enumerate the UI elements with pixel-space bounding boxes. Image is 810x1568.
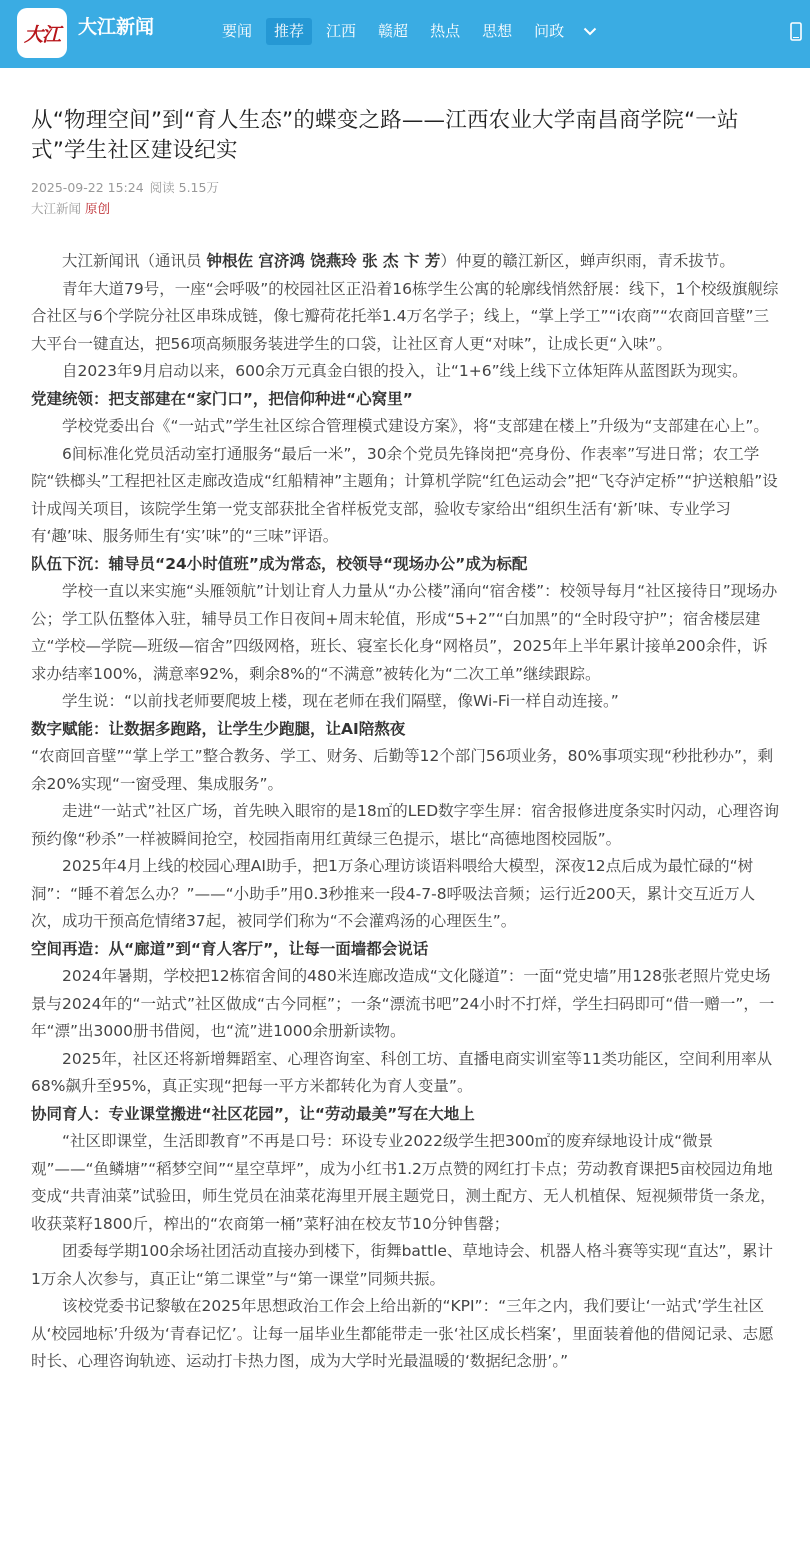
nav-tab-yaowen[interactable]: 要闻 [214,18,260,45]
paragraph: “农商回音壁”“掌上学工”整合教务、学工、财务、后勤等12个部门56项业务，80… [31,743,782,798]
nav-tab-wenzheng[interactable]: 问政 [526,18,572,45]
paragraph: 学校一直以来实施“头雁领航”计划让育人力量从“办公楼”涌向“宿舍楼”：校领导每月… [31,578,782,688]
article-title: 从“物理空间”到“育人生态”的蝶变之路——江西农业大学南昌商学院“一站式”学生社… [31,106,782,166]
publish-datetime: 2025-09-22 15:24 [31,180,144,195]
lead-paragraph: 大江新闻讯（通讯员 钟根佐 宫济鸿 饶燕玲 张 杰 卞 芳）仲夏的赣江新区，蝉声… [31,248,782,276]
logo-text: 大江 [24,20,60,47]
article: 从“物理空间”到“育人生态”的蝶变之路——江西农业大学南昌商学院“一站式”学生社… [0,106,810,1376]
nav-tab-ganchao[interactable]: 赣超 [370,18,416,45]
nav-tab-tuijian[interactable]: 推荐 [266,18,312,45]
paragraph: 团委每学期100余场社团活动直接办到楼下，街舞battle、草地诗会、机器人格斗… [31,1238,782,1293]
lead-authors: 钟根佐 宫济鸿 饶燕玲 张 杰 卞 芳 [206,252,440,270]
lead-prefix: 大江新闻讯（通讯员 [62,252,206,270]
nav-tab-jiangxi[interactable]: 江西 [318,18,364,45]
original-badge: 原创 [85,201,110,216]
paragraph: 走进“一站式”社区广场，首先映入眼帘的是18㎡的LED数字孪生屏：宿舍报修进度条… [31,798,782,853]
channel-nav: 要闻 推荐 江西 赣超 热点 思想 问政 [214,18,598,45]
source-name: 大江新闻 [31,201,81,216]
paragraph: 6间标准化党员活动室打通服务“最后一米”，30余个党员先锋岗把“亮身份、作表率”… [31,441,782,551]
article-body: 大江新闻讯（通讯员 钟根佐 宫济鸿 饶燕玲 张 杰 卞 芳）仲夏的赣江新区，蝉声… [31,248,782,1376]
chevron-down-icon[interactable] [582,18,598,45]
paragraph: 2025年，社区还将新增舞蹈室、心理咨询室、科创工坊、直播电商实训室等11类功能… [31,1046,782,1101]
paragraph: 2024年暑期，学校把12栋宿舍间的480米连廊改造成“文化隧道”：一面“党史墙… [31,963,782,1046]
views-label: 阅读 [150,180,175,195]
paragraph: 学校党委出台《“一站式”学生社区综合管理模式建设方案》，将“支部建在楼上”升级为… [31,413,782,441]
brand-name[interactable]: 大江新闻 [78,12,154,39]
paragraph: 自2023年9月启动以来，600余万元真金白银的投入，让“1+6”线上线下立体矩… [31,358,782,386]
phone-icon[interactable] [790,22,802,41]
article-meta: 2025-09-22 15:24 阅读 5.15万 [31,179,782,196]
paragraph: 青年大道79号，一座“会呼吸”的校园社区正沿着16栋学生公寓的轮廓线悄然舒展：线… [31,276,782,359]
nav-tab-sixiang[interactable]: 思想 [474,18,520,45]
section-heading: 协同育人：专业课堂搬进“社区花园”，让“劳动最美”写在大地上 [31,1101,782,1129]
article-source: 大江新闻 原创 [31,199,782,219]
paragraph: 2025年4月上线的校园心理AI助手，把1万条心理访谈语料喂给大模型，深夜12点… [31,853,782,936]
section-heading: 队伍下沉：辅导员“24小时值班”成为常态，校领导“现场办公”成为标配 [31,551,782,579]
lead-suffix: ）仲夏的赣江新区，蝉声织雨，青禾拔节。 [440,252,735,270]
paragraph: 学生说：“以前找老师要爬坡上楼，现在老师在我们隔壁，像Wi-Fi一样自动连接。” [31,688,782,716]
top-nav-bar: 大江 大江新闻 要闻 推荐 江西 赣超 热点 思想 问政 [0,0,810,68]
section-heading: 空间再造：从“廊道”到“育人客厅”，让每一面墙都会说话 [31,936,782,964]
nav-tab-redian[interactable]: 热点 [422,18,468,45]
views-count: 5.15万 [179,180,219,195]
section-heading: 党建统领：把支部建在“家门口”，把信仰种进“心窝里” [31,386,782,414]
paragraph: “社区即课堂，生活即教育”不再是口号：环设专业2022级学生把300㎡的废弃绿地… [31,1128,782,1238]
section-heading: 数字赋能：让数据多跑路，让学生少跑腿，让AI陪熬夜 [31,716,782,744]
app-logo[interactable]: 大江 [17,8,67,58]
paragraph: 该校党委书记黎敏在2025年思想政治工作会上给出新的“KPI”：“三年之内，我们… [31,1293,782,1376]
